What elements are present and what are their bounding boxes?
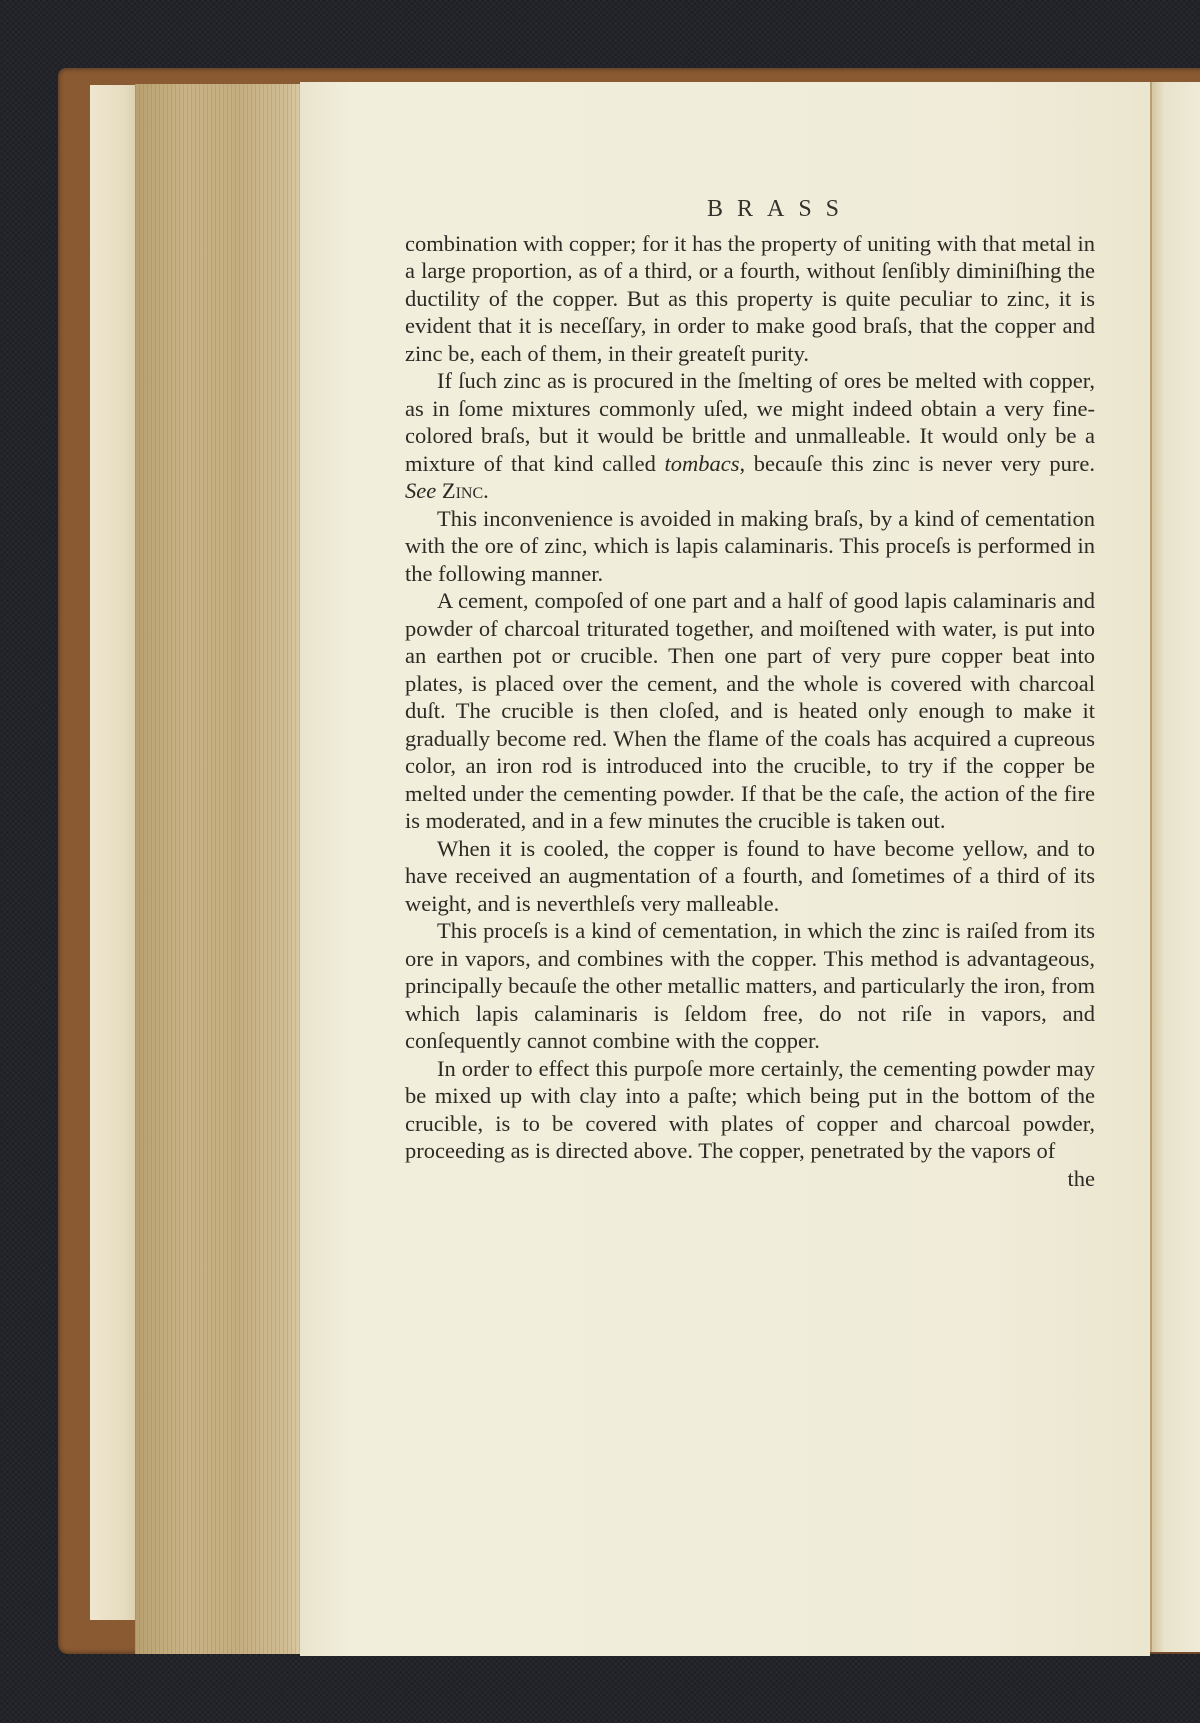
- catchword: the: [405, 1165, 1095, 1193]
- paragraph-5: When it is cooled, the copper is found t…: [405, 835, 1095, 918]
- facing-page-edge: [1150, 82, 1200, 1652]
- paragraph-1: combination with copper; for it has the …: [405, 230, 1095, 368]
- paragraph-7: In order to effect this purpoſe more cer…: [405, 1055, 1095, 1165]
- paragraph-3: This inconvenience is avoided in making …: [405, 505, 1095, 588]
- page-text: BRASS combination with copper; for it ha…: [405, 196, 1095, 1192]
- endpaper: [90, 85, 138, 1620]
- paragraph-4: A cement, compoſed of one part and a hal…: [405, 587, 1095, 835]
- page-stack-edge: [135, 84, 305, 1654]
- running-head: BRASS: [465, 196, 1095, 224]
- see-label: See: [405, 478, 436, 503]
- paragraph-6: This proceſs is a kind of cementation, i…: [405, 917, 1095, 1055]
- paragraph-2: If ſuch zinc as is procured in the ſmelt…: [405, 367, 1095, 505]
- italic-term: tombacs: [665, 451, 740, 476]
- cross-reference[interactable]: Zinc: [442, 478, 483, 503]
